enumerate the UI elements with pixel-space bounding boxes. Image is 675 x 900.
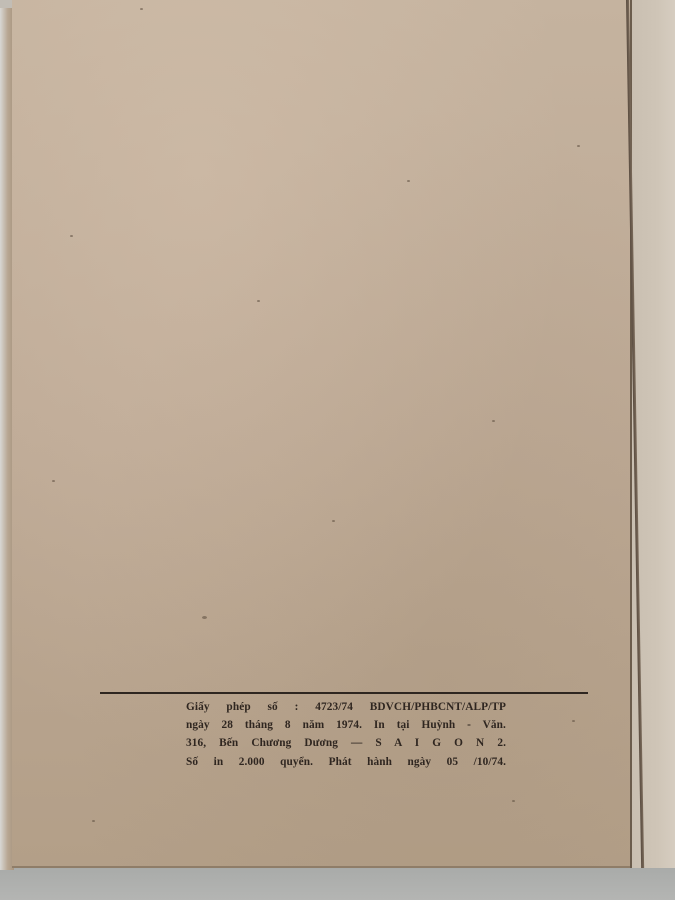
- paper-speck: [492, 420, 495, 422]
- paper-speck: [70, 235, 73, 237]
- paper-speck: [407, 180, 410, 182]
- paper-speck: [512, 800, 515, 802]
- paper-speck: [52, 480, 55, 482]
- paper-speck: [577, 145, 580, 147]
- colophon-line-print-run: Số in 2.000 quyển. Phát hành ngày 05 /10…: [186, 753, 506, 771]
- paper-speck: [202, 616, 207, 619]
- colophon-block: Giấy phép số : 4723/74 BDVCH/PHBCNT/ALP/…: [186, 698, 506, 771]
- table-surface: [0, 868, 675, 900]
- paper-speck: [140, 8, 143, 10]
- paper-speck: [572, 720, 575, 722]
- paper-speck: [332, 520, 335, 522]
- paper-speck: [257, 300, 260, 302]
- colophon-line-permit: Giấy phép số : 4723/74 BDVCH/PHBCNT/ALP/…: [186, 698, 506, 716]
- colophon-line-date-printer: ngày 28 tháng 8 năm 1974. In tại Huỳnh -…: [186, 716, 506, 734]
- paper-speck: [92, 820, 95, 822]
- colophon-rule: [100, 692, 588, 694]
- colophon-line-address: 316, Bến Chương Dương — S A I G O N 2.: [186, 734, 506, 752]
